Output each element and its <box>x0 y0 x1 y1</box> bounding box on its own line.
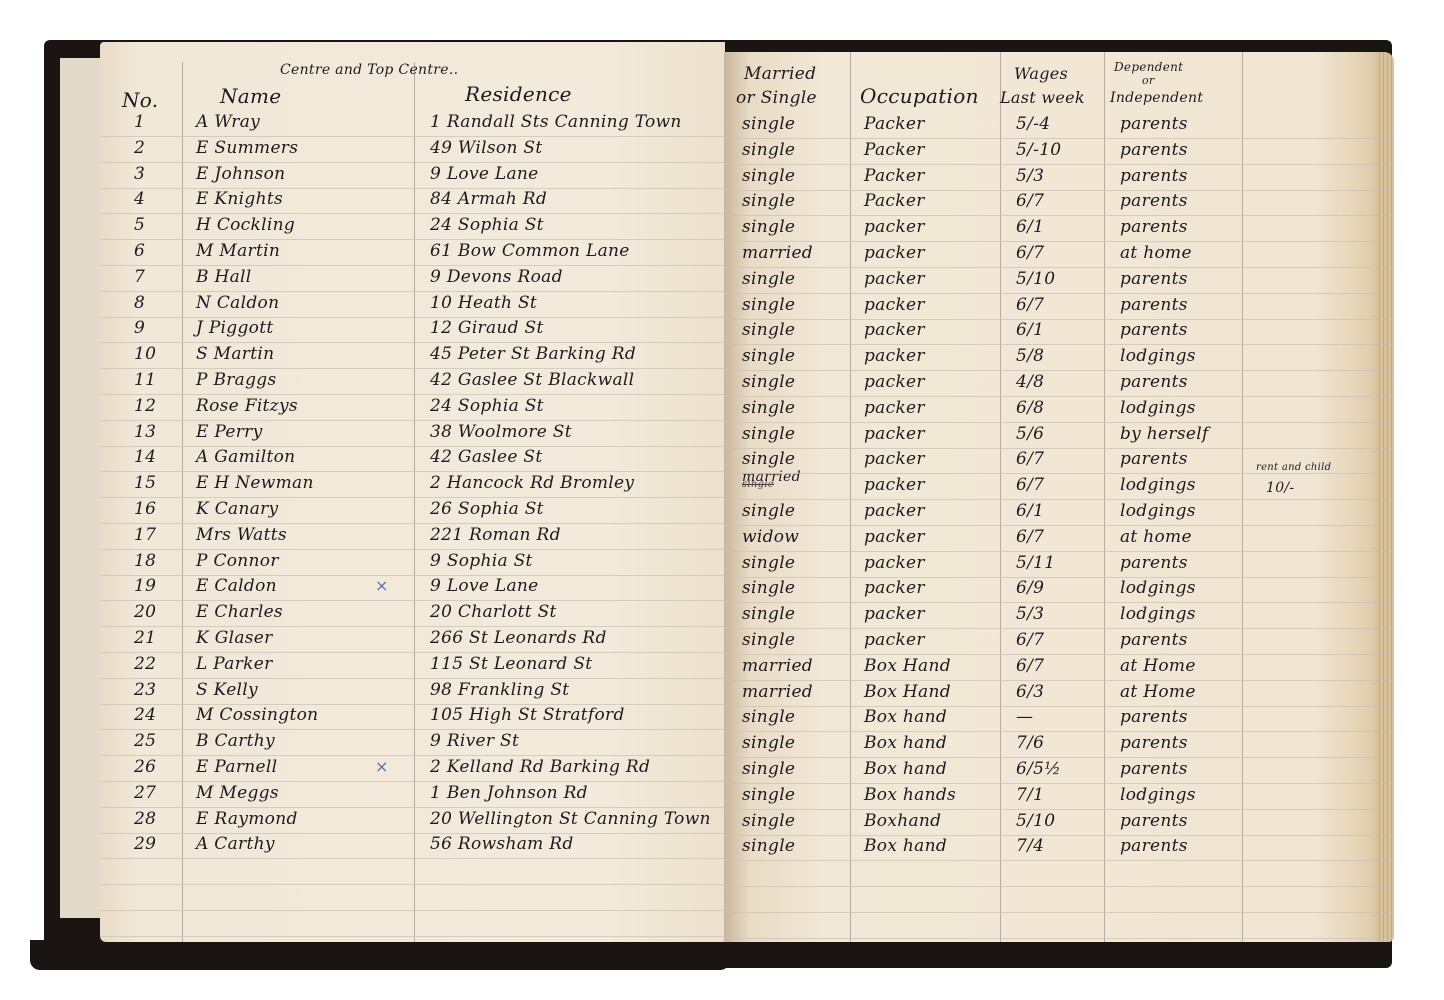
ruled-line <box>100 833 725 834</box>
row-status: single <box>742 217 795 237</box>
row-status: single <box>742 269 795 289</box>
row-status: single <box>742 398 795 418</box>
row-name: A Carthy <box>196 834 275 854</box>
row-residence: 42 Gaslee St <box>430 447 543 467</box>
header-wages-line2: Last week <box>1000 88 1085 107</box>
row-name: E Johnson <box>196 164 285 184</box>
row-status: married <box>742 656 813 676</box>
row-status: single <box>742 707 795 727</box>
ruled-line <box>100 781 725 782</box>
row-name: E H Newman <box>196 473 314 493</box>
row-residence: 56 Rowsham Rd <box>430 834 574 854</box>
row-occupation: packer <box>864 372 925 392</box>
ruled-line <box>100 910 725 911</box>
ruled-line <box>724 499 1394 500</box>
row-wages: 6/7 <box>1016 449 1044 469</box>
row-wages: 7/1 <box>1016 785 1044 805</box>
row-occupation: Packer <box>864 191 925 211</box>
ruled-line <box>100 317 725 318</box>
row-status: single <box>742 166 795 186</box>
row-name: B Carthy <box>196 731 275 751</box>
row-occupation: packer <box>864 295 925 315</box>
right-page: Married or Single Occupation Wages Last … <box>724 52 1394 942</box>
ruled-line <box>100 446 725 447</box>
row-status: married <box>742 243 813 263</box>
row-residence: 98 Frankling St <box>430 680 569 700</box>
row-name: K Canary <box>196 499 278 519</box>
row-dependent: parents <box>1120 630 1188 650</box>
row-occupation: packer <box>864 243 925 263</box>
row-residence: 221 Roman Rd <box>430 525 561 545</box>
ruled-line <box>100 394 725 395</box>
row-residence: 9 Sophia St <box>430 551 533 571</box>
row-number: 1 <box>134 112 145 132</box>
row-residence: 266 St Leonards Rd <box>430 628 607 648</box>
ruled-line <box>724 473 1394 474</box>
row-wages: 6/1 <box>1016 501 1044 521</box>
row-occupation: packer <box>864 604 925 624</box>
row-name: E Charles <box>196 602 283 622</box>
row-occupation: packer <box>864 553 925 573</box>
ruled-line <box>724 938 1394 939</box>
ruled-line <box>100 523 725 524</box>
row-number: 2 <box>134 138 145 158</box>
row-wages: 5/6 <box>1016 424 1044 444</box>
row-name: N Caldon <box>196 293 279 313</box>
row-number: 15 <box>134 473 156 493</box>
ruled-line <box>100 858 725 859</box>
ruled-line <box>724 577 1394 578</box>
row-name: L Parker <box>196 654 273 674</box>
row-name: S Kelly <box>196 680 258 700</box>
row-wages: 6/7 <box>1016 630 1044 650</box>
ruled-line <box>724 215 1394 216</box>
ruled-line <box>724 602 1394 603</box>
row-residence: 2 Hancock Rd Bromley <box>430 473 634 493</box>
row-status: single <box>742 346 795 366</box>
ruled-line <box>724 190 1394 191</box>
row-residence: 105 High St Stratford <box>430 705 625 725</box>
row-residence: 84 Armah Rd <box>430 189 547 209</box>
row-residence: 20 Charlott St <box>430 602 557 622</box>
ruled-line <box>724 267 1394 268</box>
row-status: single <box>742 295 795 315</box>
row-occupation: Box hand <box>864 836 947 856</box>
row-name: S Martin <box>196 344 274 364</box>
row-status: single <box>742 836 795 856</box>
header-occupation: Occupation <box>860 84 979 108</box>
row-number: 5 <box>134 215 145 235</box>
row-number: 9 <box>134 318 145 338</box>
row-occupation: Packer <box>864 114 925 134</box>
row-dependent: lodgings <box>1120 346 1196 366</box>
ruled-line <box>100 188 725 189</box>
row-dependent: lodgings <box>1120 785 1196 805</box>
row-residence: 1 Ben Johnson Rd <box>430 783 588 803</box>
row-occupation: packer <box>864 630 925 650</box>
row-name: E Parnell <box>196 757 277 777</box>
ruled-line <box>100 239 725 240</box>
header-status-line2: or Single <box>736 88 817 108</box>
row-name: Mrs Watts <box>196 525 287 545</box>
row-name: M Martin <box>196 241 280 261</box>
ruled-line <box>724 835 1394 836</box>
row-number: 11 <box>134 370 156 390</box>
row-number: 22 <box>134 654 156 674</box>
row-occupation: Box hand <box>864 733 947 753</box>
row-dependent: parents <box>1120 836 1188 856</box>
row-dependent: parents <box>1120 166 1188 186</box>
row-status: marriedsingle <box>742 469 801 485</box>
row-residence: 49 Wilson St <box>430 138 542 158</box>
row-dependent: at home <box>1120 527 1192 547</box>
row-wages: 6/7 <box>1016 527 1044 547</box>
ruled-line <box>100 884 725 885</box>
row-residence: 42 Gaslee St Blackwall <box>430 370 634 390</box>
ruled-line <box>724 344 1394 345</box>
row-occupation: Box hands <box>864 785 956 805</box>
row-occupation: packer <box>864 269 925 289</box>
row-residence: 9 Love Lane <box>430 164 539 184</box>
row-number: 21 <box>134 628 156 648</box>
row-residence: 24 Sophia St <box>430 215 544 235</box>
row-name: K Glaser <box>196 628 273 648</box>
row-dependent: parents <box>1120 295 1188 315</box>
row-residence: 45 Peter St Barking Rd <box>430 344 636 364</box>
row-name: M Meggs <box>196 783 279 803</box>
margin-note-text: rent and child <box>1256 462 1331 473</box>
row-wages: 6/7 <box>1016 295 1044 315</box>
row-residence: 26 Sophia St <box>430 499 544 519</box>
row-number: 17 <box>134 525 156 545</box>
row-name: M Cossington <box>196 705 318 725</box>
row-name: E Raymond <box>196 809 298 829</box>
row-number: 3 <box>134 164 145 184</box>
ruled-line <box>724 241 1394 242</box>
row-occupation: packer <box>864 320 925 340</box>
row-number: 10 <box>134 344 156 364</box>
ruled-line <box>100 600 725 601</box>
ruled-line <box>100 265 725 266</box>
row-dependent: parents <box>1120 217 1188 237</box>
row-wages: 6/7 <box>1016 656 1044 676</box>
row-name: Rose Fitzys <box>196 396 298 416</box>
ruled-line <box>100 213 725 214</box>
row-occupation: Box Hand <box>864 656 951 676</box>
left-page: Centre and Top Centre.. No. Name Residen… <box>100 42 725 942</box>
row-residence: 9 Love Lane <box>430 576 539 596</box>
ruled-line <box>100 291 725 292</box>
row-status: single <box>742 759 795 779</box>
book-cover-bottom <box>30 940 730 970</box>
ruled-line <box>100 136 725 137</box>
row-dependent: by herself <box>1120 424 1209 444</box>
row-name: H Cockling <box>196 215 295 235</box>
ruled-line <box>724 370 1394 371</box>
row-name: E Caldon <box>196 576 277 596</box>
row-occupation: packer <box>864 424 925 444</box>
row-wages: 6/3 <box>1016 682 1044 702</box>
row-status: single <box>742 501 795 521</box>
ruled-line <box>100 497 725 498</box>
row-number: 20 <box>134 602 156 622</box>
row-residence: 2 Kelland Rd Barking Rd <box>430 757 650 777</box>
row-name: E Summers <box>196 138 298 158</box>
header-dependent-line3: Independent <box>1110 90 1203 106</box>
row-wages: 6/7 <box>1016 475 1044 495</box>
row-number: 13 <box>134 422 156 442</box>
row-wages: 6/5½ <box>1016 759 1061 779</box>
row-number: 7 <box>134 267 145 287</box>
row-name: P Braggs <box>196 370 277 390</box>
row-dependent: parents <box>1120 759 1188 779</box>
ruled-line <box>100 652 725 653</box>
row-wages: 5/8 <box>1016 346 1044 366</box>
row-number: 18 <box>134 551 156 571</box>
row-wages: 7/4 <box>1016 836 1044 856</box>
ruled-line <box>100 936 725 937</box>
row-dependent: at home <box>1120 243 1192 263</box>
ruled-line <box>100 704 725 705</box>
row-dependent: lodgings <box>1120 475 1196 495</box>
ruled-line <box>724 757 1394 758</box>
row-occupation: packer <box>864 449 925 469</box>
row-dependent: at Home <box>1120 656 1196 676</box>
row-residence: 24 Sophia St <box>430 396 544 416</box>
row-number: 8 <box>134 293 145 313</box>
row-occupation: Packer <box>864 166 925 186</box>
row-dependent: at Home <box>1120 682 1196 702</box>
ruled-line <box>100 575 725 576</box>
row-status: single <box>742 733 795 753</box>
row-status: single <box>742 811 795 831</box>
row-wages: 6/7 <box>1016 243 1044 263</box>
row-number: 12 <box>134 396 156 416</box>
row-dependent: lodgings <box>1120 398 1196 418</box>
ruled-line <box>724 448 1394 449</box>
ruled-line <box>724 628 1394 629</box>
row-residence: 38 Woolmore St <box>430 422 572 442</box>
ruled-line <box>100 807 725 808</box>
ruled-line <box>724 293 1394 294</box>
ruled-line <box>100 368 725 369</box>
row-name: A Gamilton <box>196 447 295 467</box>
ruled-line <box>724 138 1394 139</box>
row-number: 26 <box>134 757 156 777</box>
ruled-line <box>724 886 1394 887</box>
row-dependent: lodgings <box>1120 604 1196 624</box>
ruled-line <box>100 755 725 756</box>
ruled-line <box>724 809 1394 810</box>
row-status: single <box>742 191 795 211</box>
ruled-line <box>100 626 725 627</box>
row-number: 24 <box>134 705 156 725</box>
header-residence: Residence <box>465 82 572 106</box>
row-name: B Hall <box>196 267 252 287</box>
row-dependent: parents <box>1120 733 1188 753</box>
row-wages: 4/8 <box>1016 372 1044 392</box>
row-occupation: Box hand <box>864 759 947 779</box>
ruled-line <box>100 471 725 472</box>
row-dependent: parents <box>1120 269 1188 289</box>
row-number: 27 <box>134 783 156 803</box>
ruled-line <box>724 396 1394 397</box>
row-dependent: parents <box>1120 140 1188 160</box>
header-status-line1: Married <box>744 64 816 84</box>
row-status: single <box>742 785 795 805</box>
cross-mark: × <box>375 757 389 776</box>
row-status: single <box>742 604 795 624</box>
row-name: E Knights <box>196 189 283 209</box>
row-occupation: packer <box>864 217 925 237</box>
ruled-line <box>724 912 1394 913</box>
row-wages: 5/-4 <box>1016 114 1050 134</box>
row-status: single <box>742 553 795 573</box>
row-status: single <box>742 372 795 392</box>
header-name: Name <box>220 84 281 108</box>
row-status: single <box>742 449 795 469</box>
row-number: 28 <box>134 809 156 829</box>
row-wages: 7/6 <box>1016 733 1044 753</box>
ruled-line <box>724 551 1394 552</box>
row-name: A Wray <box>196 112 260 132</box>
row-name: P Connor <box>196 551 279 571</box>
row-residence: 1 Randall Sts Canning Town <box>430 112 682 132</box>
ruled-line <box>100 678 725 679</box>
row-occupation: Box Hand <box>864 682 951 702</box>
ruled-line <box>100 420 725 421</box>
ruled-line <box>724 525 1394 526</box>
ruled-line <box>724 164 1394 165</box>
cross-mark: × <box>375 576 389 595</box>
row-wages: 6/7 <box>1016 191 1044 211</box>
ruled-line <box>100 729 725 730</box>
row-wages: 5/3 <box>1016 604 1044 624</box>
row-status: married <box>742 682 813 702</box>
page-caption: Centre and Top Centre.. <box>280 62 458 78</box>
row-number: 23 <box>134 680 156 700</box>
row-wages: 5/10 <box>1016 811 1055 831</box>
row-occupation: Boxhand <box>864 811 941 831</box>
row-name: J Piggott <box>196 318 273 338</box>
row-dependent: parents <box>1120 320 1188 340</box>
ruled-line <box>724 654 1394 655</box>
row-dependent: lodgings <box>1120 501 1196 521</box>
ruled-line <box>100 162 725 163</box>
struck-status: single <box>742 479 774 490</box>
row-number: 14 <box>134 447 156 467</box>
row-occupation: Packer <box>864 140 925 160</box>
row-wages: 5/3 <box>1016 166 1044 186</box>
row-dependent: parents <box>1120 553 1188 573</box>
row-occupation: packer <box>864 475 925 495</box>
ruled-line <box>724 422 1394 423</box>
header-no: No. <box>122 88 158 112</box>
row-residence: 9 River St <box>430 731 519 751</box>
row-residence: 12 Giraud St <box>430 318 544 338</box>
row-wages: — <box>1016 707 1033 727</box>
row-occupation: packer <box>864 346 925 366</box>
header-dependent-line1: Dependent <box>1114 60 1183 74</box>
row-occupation: packer <box>864 578 925 598</box>
row-name: E Perry <box>196 422 263 442</box>
ruled-line <box>100 342 725 343</box>
row-residence: 20 Wellington St Canning Town <box>430 809 711 829</box>
row-status: widow <box>742 527 799 547</box>
row-occupation: packer <box>864 527 925 547</box>
row-number: 25 <box>134 731 156 751</box>
row-status: single <box>742 320 795 340</box>
row-status: single <box>742 424 795 444</box>
ruled-line <box>724 731 1394 732</box>
header-dependent-line2: or <box>1142 74 1154 87</box>
row-dependent: parents <box>1120 114 1188 134</box>
row-dependent: parents <box>1120 707 1188 727</box>
row-dependent: parents <box>1120 449 1188 469</box>
row-status: single <box>742 578 795 598</box>
row-status: single <box>742 630 795 650</box>
row-wages: 6/1 <box>1016 217 1044 237</box>
row-dependent: parents <box>1120 811 1188 831</box>
row-status: single <box>742 140 795 160</box>
row-status: single <box>742 114 795 134</box>
row-number: 4 <box>134 189 145 209</box>
ruled-line <box>724 319 1394 320</box>
row-wages: 5/10 <box>1016 269 1055 289</box>
row-wages: 5/-10 <box>1016 140 1061 160</box>
column-divider-name <box>414 62 415 942</box>
row-dependent: parents <box>1120 372 1188 392</box>
header-wages-line1: Wages <box>1014 64 1068 83</box>
row-number: 6 <box>134 241 145 261</box>
row-number: 16 <box>134 499 156 519</box>
ruled-line <box>724 783 1394 784</box>
row-residence: 115 St Leonard St <box>430 654 592 674</box>
column-divider-no <box>182 62 183 942</box>
row-number: 19 <box>134 576 156 596</box>
row-number: 29 <box>134 834 156 854</box>
margin-note-amount: 10/- <box>1266 480 1294 496</box>
row-occupation: packer <box>864 501 925 521</box>
row-residence: 10 Heath St <box>430 293 537 313</box>
ruled-line <box>100 549 725 550</box>
row-wages: 6/8 <box>1016 398 1044 418</box>
row-residence: 61 Bow Common Lane <box>430 241 630 261</box>
row-occupation: packer <box>864 398 925 418</box>
row-wages: 6/9 <box>1016 578 1044 598</box>
row-dependent: lodgings <box>1120 578 1196 598</box>
row-wages: 5/11 <box>1016 553 1055 573</box>
ruled-line <box>724 706 1394 707</box>
row-dependent: parents <box>1120 191 1188 211</box>
ruled-line <box>724 680 1394 681</box>
row-wages: 6/1 <box>1016 320 1044 340</box>
row-residence: 9 Devons Road <box>430 267 563 287</box>
ruled-line <box>724 860 1394 861</box>
row-occupation: Box hand <box>864 707 947 727</box>
